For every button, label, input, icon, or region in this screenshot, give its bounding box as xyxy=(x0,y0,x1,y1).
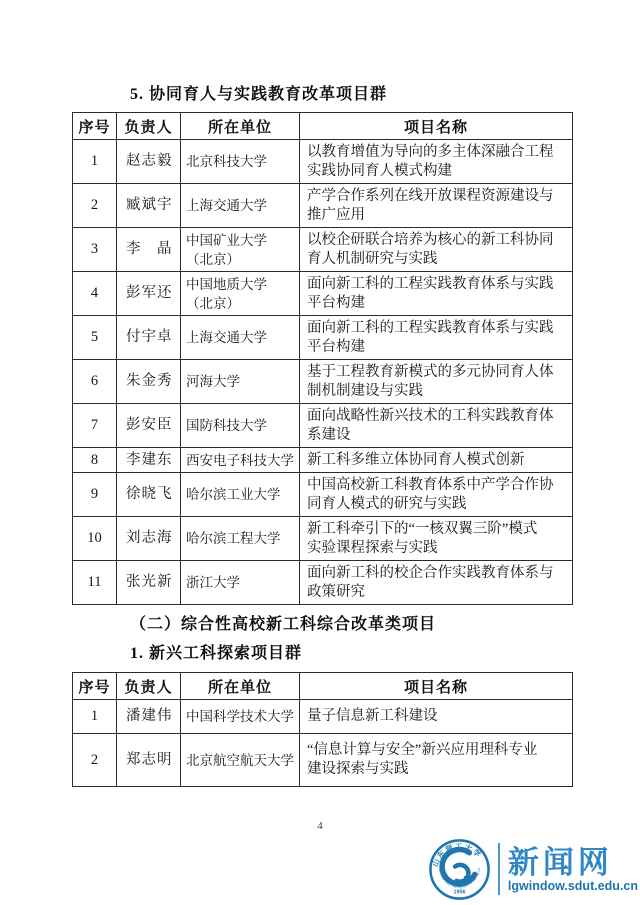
table-row: 1 潘建伟 中国科学技术大学 量子信息新工科建设 xyxy=(73,700,573,734)
row-leader: 彭军还 xyxy=(117,272,181,316)
table-row: 7 彭安臣 国防科技大学 面向战略性新兴技术的工科实践教育体 系建设 xyxy=(73,404,573,448)
row-project: 基于工程教育新模式的多元协同育人体 制机制建设与实践 xyxy=(300,360,573,404)
table-row: 9 徐晓飞 哈尔滨工业大学 中国高校新工科教育体系中产学合作协 同育人模式的研究… xyxy=(73,473,573,517)
row-project: 以教育增值为导向的多主体深融合工程 实践协同育人模式构建 xyxy=(300,140,573,184)
row-leader: 彭安臣 xyxy=(117,404,181,448)
document-page: 5. 协同育人与实践教育改革项目群 序号 负责人 所在单位 项目名称 1 赵志毅… xyxy=(0,0,640,905)
row-no: 2 xyxy=(73,734,117,787)
row-project: “信息计算与安全”新兴应用理科专业 建设探索与实践 xyxy=(300,734,573,787)
row-leader: 潘建伟 xyxy=(117,700,181,734)
row-no: 5 xyxy=(73,316,117,360)
row-project: 面向新工科的工程实践教育体系与实践 平台构建 xyxy=(300,316,573,360)
row-unit: 上海交通大学 xyxy=(181,316,300,360)
column-header-leader: 负责人 xyxy=(117,673,181,700)
row-no: 4 xyxy=(73,272,117,316)
row-no: 9 xyxy=(73,473,117,517)
row-leader: 李 晶 xyxy=(117,228,181,272)
news-site-watermark: 山东理工大学 SHANDONG UNIVERSITY OF TECHNOLOGY… xyxy=(428,834,638,904)
row-project: 以校企研联合培养为核心的新工科协同 育人机制研究与实践 xyxy=(300,228,573,272)
table-header-row: 序号 负责人 所在单位 项目名称 xyxy=(73,113,573,140)
row-unit: 河海大学 xyxy=(181,360,300,404)
news-site-url: lgwindow.sdut.edu.cn xyxy=(508,879,638,893)
project-table-1: 序号 负责人 所在单位 项目名称 1 赵志毅 北京科技大学 以教育增值为导向的多… xyxy=(72,112,573,605)
column-header-unit: 所在单位 xyxy=(181,113,300,140)
table-row: 1 赵志毅 北京科技大学 以教育增值为导向的多主体深融合工程 实践协同育人模式构… xyxy=(73,140,573,184)
seal-year: 1956 xyxy=(453,889,465,895)
row-no: 10 xyxy=(73,517,117,561)
table-row: 2 郑志明 北京航空航天大学 “信息计算与安全”新兴应用理科专业 建设探索与实践 xyxy=(73,734,573,787)
row-leader: 付宇卓 xyxy=(117,316,181,360)
row-unit: 中国矿业大学 （北京） xyxy=(181,228,300,272)
row-leader: 徐晓飞 xyxy=(117,473,181,517)
row-leader: 臧斌宇 xyxy=(117,184,181,228)
row-unit: 哈尔滨工业大学 xyxy=(181,473,300,517)
table-row: 8 李建东 西安电子科技大学 新工科多维立体协同育人模式创新 xyxy=(73,448,573,473)
row-leader: 刘志海 xyxy=(117,517,181,561)
section-heading-5: 5. 协同育人与实践教育改革项目群 xyxy=(130,84,572,106)
row-unit: 北京科技大学 xyxy=(181,140,300,184)
row-no: 7 xyxy=(73,404,117,448)
row-no: 2 xyxy=(73,184,117,228)
row-leader: 李建东 xyxy=(117,448,181,473)
table-row: 11 张光新 浙江大学 面向新工科的校企合作实践教育体系与 政策研究 xyxy=(73,561,573,605)
row-no: 1 xyxy=(73,700,117,734)
row-leader: 张光新 xyxy=(117,561,181,605)
column-header-no: 序号 xyxy=(73,113,117,140)
page-number: 4 xyxy=(0,820,640,832)
row-unit: 哈尔滨工程大学 xyxy=(181,517,300,561)
table-row: 6 朱金秀 河海大学 基于工程教育新模式的多元协同育人体 制机制建设与实践 xyxy=(73,360,573,404)
row-project: 产学合作系列在线开放课程资源建设与 推广应用 xyxy=(300,184,573,228)
row-project: 面向新工科的校企合作实践教育体系与 政策研究 xyxy=(300,561,573,605)
column-header-unit: 所在单位 xyxy=(181,673,300,700)
row-project: 新工科牵引下的“一核双翼三阶”模式 实验课程探索与实践 xyxy=(300,517,573,561)
table-row: 5 付宇卓 上海交通大学 面向新工科的工程实践教育体系与实践 平台构建 xyxy=(73,316,573,360)
row-no: 1 xyxy=(73,140,117,184)
column-header-leader: 负责人 xyxy=(117,113,181,140)
row-project: 面向新工科的工程实践教育体系与实践 平台构建 xyxy=(300,272,573,316)
row-unit: 国防科技大学 xyxy=(181,404,300,448)
project-table-2: 序号 负责人 所在单位 项目名称 1 潘建伟 中国科学技术大学 量子信息新工科建… xyxy=(72,672,573,787)
row-no: 3 xyxy=(73,228,117,272)
table-header-row: 序号 负责人 所在单位 项目名称 xyxy=(73,673,573,700)
row-project: 中国高校新工科教育体系中产学合作协 同育人模式的研究与实践 xyxy=(300,473,573,517)
column-header-project: 项目名称 xyxy=(300,113,573,140)
row-unit: 北京航空航天大学 xyxy=(181,734,300,787)
table-row: 3 李 晶 中国矿业大学 （北京） 以校企研联合培养为核心的新工科协同 育人机制… xyxy=(73,228,573,272)
watermark-divider xyxy=(498,843,500,895)
row-unit: 中国科学技术大学 xyxy=(181,700,300,734)
table-row: 2 臧斌宇 上海交通大学 产学合作系列在线开放课程资源建设与 推广应用 xyxy=(73,184,573,228)
row-leader: 郑志明 xyxy=(117,734,181,787)
column-header-project: 项目名称 xyxy=(300,673,573,700)
row-leader: 赵志毅 xyxy=(117,140,181,184)
row-unit: 西安电子科技大学 xyxy=(181,448,300,473)
row-leader: 朱金秀 xyxy=(117,360,181,404)
table-row: 4 彭军还 中国地质大学 （北京） 面向新工科的工程实践教育体系与实践 平台构建 xyxy=(73,272,573,316)
row-unit: 上海交通大学 xyxy=(181,184,300,228)
column-header-no: 序号 xyxy=(73,673,117,700)
table-row: 10 刘志海 哈尔滨工程大学 新工科牵引下的“一核双翼三阶”模式 实验课程探索与… xyxy=(73,517,573,561)
university-seal-icon: 山东理工大学 SHANDONG UNIVERSITY OF TECHNOLOGY… xyxy=(428,838,491,901)
row-unit: 中国地质大学 （北京） xyxy=(181,272,300,316)
row-project: 新工科多维立体协同育人模式创新 xyxy=(300,448,573,473)
row-no: 11 xyxy=(73,561,117,605)
news-site-name: 新闻网 xyxy=(508,846,613,879)
subsection-heading-1: 1. 新兴工科探索项目群 xyxy=(130,643,572,665)
row-unit: 浙江大学 xyxy=(181,561,300,605)
row-project: 量子信息新工科建设 xyxy=(300,700,573,734)
section-heading-2: （二）综合性高校新工科综合改革类项目 xyxy=(130,614,572,636)
row-no: 6 xyxy=(73,360,117,404)
row-no: 8 xyxy=(73,448,117,473)
row-project: 面向战略性新兴技术的工科实践教育体 系建设 xyxy=(300,404,573,448)
